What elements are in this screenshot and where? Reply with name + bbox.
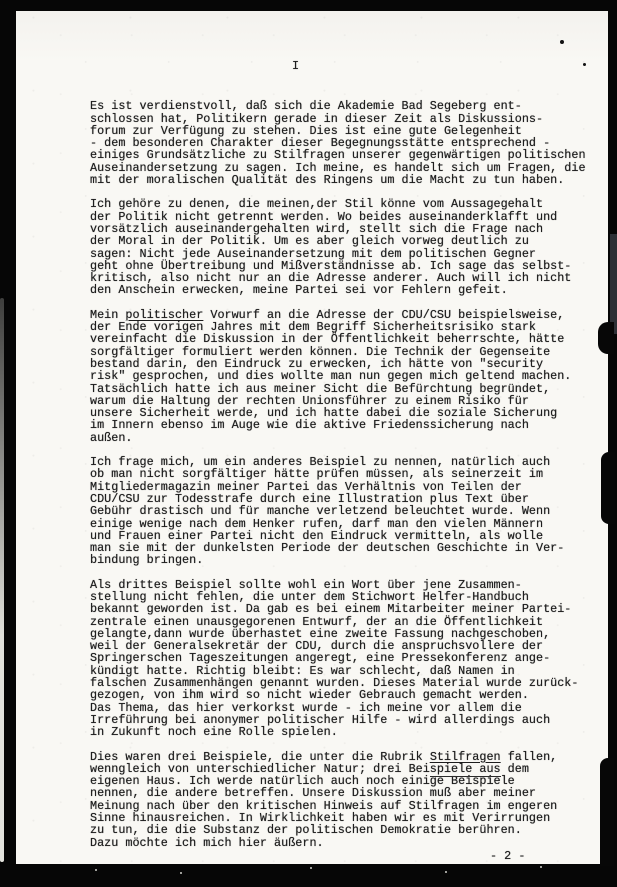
scan-artifact-left-sliver: [0, 298, 4, 862]
paragraph: Mein politischer Vorwurf an die Adresse …: [90, 309, 598, 444]
scan-artifact-speck: [540, 866, 542, 868]
scan-artifact-stray-underline: [430, 776, 501, 777]
scan-artifact-speck: [583, 63, 586, 66]
scan-artifact-edge-strip: [610, 234, 617, 334]
document-body: I Es ist verdienstvoll, daß sich die Aka…: [90, 60, 598, 861]
text-segment: Ich frage mich, um ein anderes Beispiel …: [90, 455, 564, 567]
document-page: I Es ist verdienstvoll, daß sich die Aka…: [16, 11, 608, 864]
text-segment: Als drittes Beispiel sollte wohl ein Wor…: [90, 578, 578, 740]
scan-artifact-speck: [445, 871, 447, 873]
text-segment: Ich gehöre zu denen, die meinen,der Stil…: [90, 197, 571, 297]
scan-artifact-edge-blob: [598, 322, 614, 354]
scan-artifact-speck: [310, 867, 312, 869]
paragraph: Ich gehöre zu denen, die meinen,der Stil…: [90, 198, 598, 296]
scan-artifact-speck: [95, 869, 97, 871]
text-segment: Es ist verdienstvoll, daß sich die Akade…: [90, 99, 586, 187]
paragraph: Als drittes Beispiel sollte wohl ein Wor…: [90, 579, 598, 739]
text-segment: Vorwurf an die Adresse der CDU/CSU beisp…: [90, 308, 571, 445]
scan-artifact-edge-blob: [600, 758, 614, 866]
text-segment: fallen, wenngleich von unterschiedlicher…: [90, 750, 557, 850]
scanned-document-view: { "document": { "section_heading": "I", …: [0, 0, 617, 887]
section-heading: I: [292, 60, 598, 72]
paragraph: Ich frage mich, um ein anderes Beispiel …: [90, 456, 598, 567]
scan-artifact-edge-blob: [601, 452, 615, 524]
scan-artifact-speck: [180, 872, 182, 874]
page-number: - 2 -: [490, 849, 525, 863]
scan-artifact-speck: [560, 40, 564, 44]
paragraph: Es ist verdienstvoll, daß sich die Akade…: [90, 100, 598, 186]
paragraph: Dies waren drei Beispiele, die unter die…: [90, 751, 598, 849]
